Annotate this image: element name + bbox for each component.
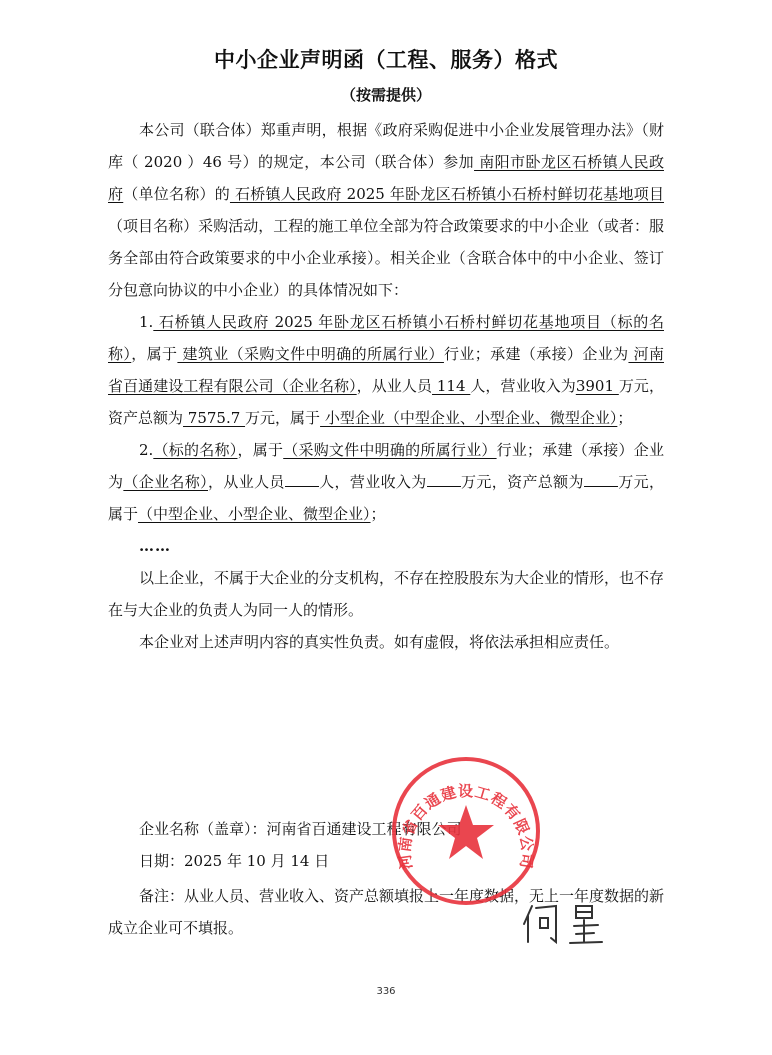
handwritten-signature-icon [518,898,608,948]
item-1-text: ，从业人员 [357,377,432,395]
item-2-subject: （标的名称） [153,441,237,459]
item-1-text: ，属于 [131,345,177,363]
item-2-number: 2. [139,441,153,459]
item-1-industry: 建筑业（采购文件中明确的所属行业） [177,345,444,363]
item-2-text: 万元，资产总额为 [461,473,584,491]
item-2: 2.（标的名称），属于（采购文件中明确的所属行业）行业；承建（承接）企业为（企业… [108,434,664,530]
intro-text-c: （项目名称）采购活动，工程的施工单位全部为符合政策要求的中小企业（或者：服务全部… [108,217,664,299]
item-2-revenue-blank [427,472,461,487]
document-title: 中小企业声明函（工程、服务）格式 [0,44,772,74]
project-name: 石桥镇人民政府 2025 年卧龙区石桥镇小石桥村鲜切花基地项目 [230,185,664,203]
statement-1: 以上企业，不属于大企业的分支机构，不存在控股股东为大企业的情形，也不存在与大企业… [108,562,664,626]
item-1-number: 1. [139,313,153,331]
item-1-revenue: 3901 [576,377,619,395]
item-1-text: 行业；承建（承接）企业为 [444,345,629,363]
ellipsis: …… [108,530,664,562]
document-body: 本公司（联合体）郑重声明，根据《政府采购促进中小企业发展管理办法》（财库（ 20… [108,114,664,658]
item-1-text: 万元，属于 [245,409,320,427]
document-subtitle: （按需提供） [0,84,772,105]
company-seal-stamp-icon: 河南省百通建设工程有限公司 [390,755,542,907]
item-1-size: 小型企业（中型企业、小型企业、微型企业） [320,409,617,427]
item-2-industry: （采购文件中明确的所属行业） [283,441,496,459]
item-2-text: 人，营业收入为 [319,473,427,491]
date-label: 日期：2025 年 10 月 14 日 [139,850,329,871]
intro-text-b: （单位名称）的 [123,185,230,203]
page-number: 336 [0,986,772,997]
document-page: 中小企业声明函（工程、服务）格式 （按需提供） 本公司（联合体）郑重声明，根据《… [0,0,772,1055]
item-2-text: ，属于 [238,441,284,459]
item-1-text: 人，营业收入为 [470,377,575,395]
statement-2: 本企业对上述声明内容的真实性负责。如有虚假，将依法承担相应责任。 [108,626,664,658]
item-1-employees: 114 [432,377,470,395]
item-2-employees-blank [285,472,319,487]
intro-paragraph: 本公司（联合体）郑重声明，根据《政府采购促进中小企业发展管理办法》（财库（ 20… [108,114,664,306]
item-2-company: （企业名称） [123,473,208,491]
item-2-size: （中型企业、小型企业、微型企业） [138,505,371,523]
item-2-text: ； [371,505,386,523]
item-2-text: ，从业人员 [208,473,285,491]
item-2-assets-blank [584,472,618,487]
item-1-assets: 7575.7 [183,409,245,427]
item-1: 1. 石桥镇人民政府 2025 年卧龙区石桥镇小石桥村鲜切花基地项目（标的名称）… [108,306,664,434]
item-1-text: ； [617,409,632,427]
